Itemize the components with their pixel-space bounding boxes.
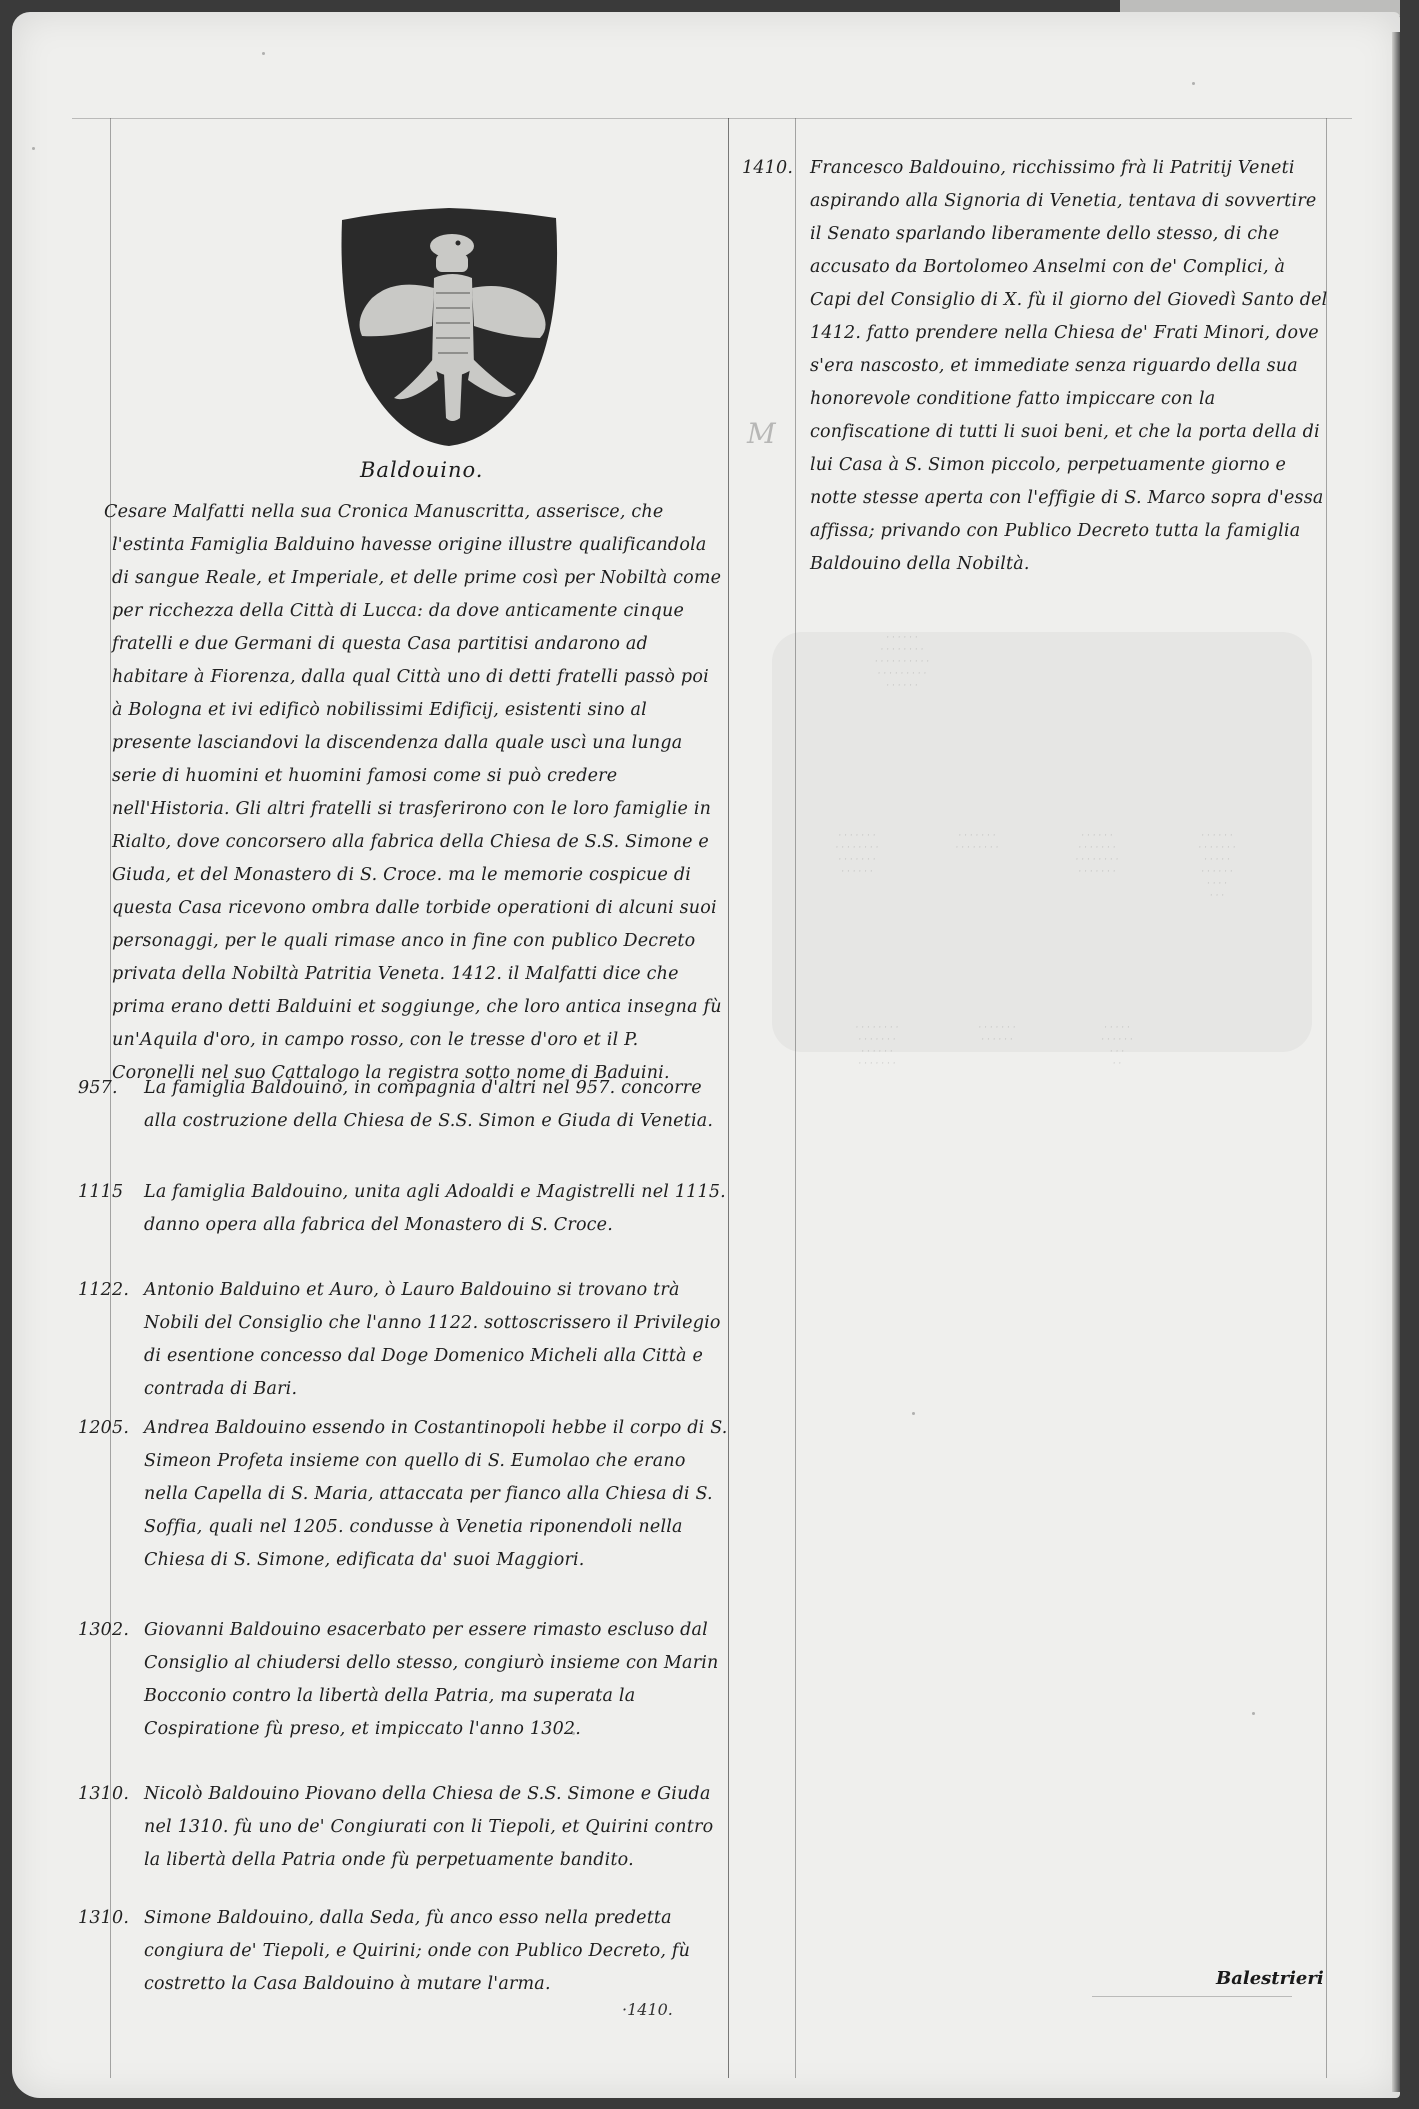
entry-year: 1122. bbox=[78, 1274, 142, 1307]
chronicle-entry: 1122. Antonio Balduino et Auro, ò Lauro … bbox=[78, 1274, 728, 1406]
bleed-through-text: · · · · ·· · · · · ·· · ·· · bbox=[1072, 1022, 1162, 1070]
intro-paragraph: Cesare Malfatti nella sua Cronica Manusc… bbox=[112, 496, 722, 1090]
heraldic-eagle-shield-icon bbox=[334, 208, 564, 448]
bleed-through-text: · · · · · ·· · · · · · ·· · · · · · · ··… bbox=[1042, 830, 1152, 878]
paper-speck bbox=[1252, 1712, 1255, 1715]
entry-text: Giovanni Baldouino esacerbato per essere… bbox=[144, 1614, 728, 1746]
bleed-through-text: · · · · · ·· · · · · · ·· · · · ·· · · ·… bbox=[1162, 830, 1272, 902]
entry-text: Nicolò Baldouino Piovano della Chiesa de… bbox=[144, 1778, 728, 1877]
paper-speck bbox=[32, 147, 35, 150]
paper-speck bbox=[1192, 82, 1195, 85]
chronicle-entry: 1205. Andrea Baldouino essendo in Costan… bbox=[78, 1412, 728, 1577]
chronicle-entry: 1115 La famiglia Baldouino, unita agli A… bbox=[78, 1176, 728, 1242]
paper-speck bbox=[572, 1732, 575, 1735]
entry-year: 1115 bbox=[78, 1176, 142, 1209]
column-divider-left bbox=[728, 118, 729, 2078]
bleed-through-text: · · · · · · ·· · · · · · bbox=[942, 1022, 1052, 1046]
footer-year: ·1410. bbox=[622, 2000, 673, 2019]
top-rule bbox=[72, 118, 1352, 119]
manuscript-page: Baldouino. Cesare Malfatti nella sua Cro… bbox=[12, 12, 1400, 2098]
chronicle-entry: 1310. Simone Baldouino, dalla Seda, fù a… bbox=[78, 1902, 728, 2001]
right-column-entry: 1410. Francesco Baldouino, ricchissimo f… bbox=[742, 152, 1332, 581]
chronicle-entry: 957. La famiglia Baldouino, in compagnia… bbox=[78, 1072, 728, 1138]
bleed-through-text: · · · · · · ·· · · · · · · · bbox=[922, 830, 1032, 854]
paper-speck bbox=[262, 52, 265, 55]
bleed-through-text: · · · · · ·· · · · · · · ·· · · · · · · … bbox=[832, 632, 972, 692]
entry-year: 1302. bbox=[78, 1614, 142, 1647]
family-heading: Baldouino. bbox=[360, 458, 483, 482]
paper-speck bbox=[912, 1412, 915, 1415]
bleed-through-text: · · · · · · ·· · · · · · · ·· · · · · · … bbox=[802, 830, 912, 878]
entry-year: 1205. bbox=[78, 1412, 142, 1445]
entry-text: Antonio Balduino et Auro, ò Lauro Baldou… bbox=[144, 1274, 728, 1406]
entry-year: 957. bbox=[78, 1072, 142, 1105]
bottom-rule-right bbox=[1092, 1996, 1292, 1997]
entry-text: Andrea Baldouino essendo in Costantinopo… bbox=[144, 1412, 728, 1577]
entry-year: 1310. bbox=[78, 1778, 142, 1811]
entry-text: La famiglia Baldouino, unita agli Adoald… bbox=[144, 1176, 728, 1242]
entry-text: Francesco Baldouino, ricchissimo frà li … bbox=[810, 152, 1332, 581]
entry-text: Simone Baldouino, dalla Seda, fù anco es… bbox=[144, 1902, 728, 2001]
catchword: Balestrieri bbox=[1216, 1968, 1324, 1989]
chronicle-entry: 1310. Nicolò Baldouino Piovano della Chi… bbox=[78, 1778, 728, 1877]
bleed-through-text: · · · · · · · ·· · · · · · ·· · · · · ··… bbox=[812, 1022, 942, 1070]
entry-text: La famiglia Baldouino, in compagnia d'al… bbox=[144, 1072, 728, 1138]
entry-year: 1410. bbox=[742, 152, 806, 185]
margin-mark: M bbox=[747, 417, 776, 450]
entry-year: 1310. bbox=[78, 1902, 142, 1935]
chronicle-entry: 1302. Giovanni Baldouino esacerbato per … bbox=[78, 1614, 728, 1746]
page-edge bbox=[1392, 32, 1400, 2092]
